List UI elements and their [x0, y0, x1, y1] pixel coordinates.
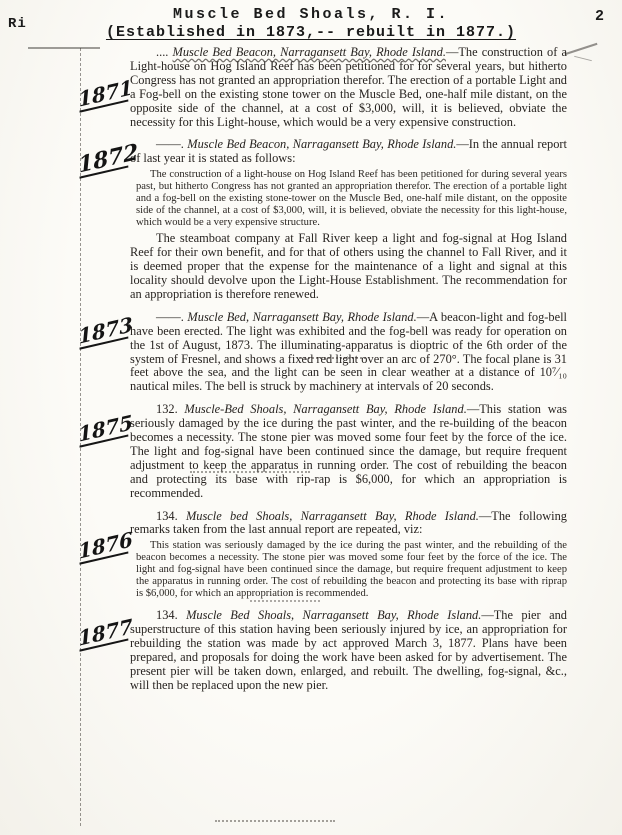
handwritten-year-1877: 1877 [78, 618, 129, 652]
entry-paragraph: .... Muscle Bed Beacon, Narragansett Bay… [130, 46, 567, 129]
scan-artifact [215, 820, 335, 822]
text-column: 1871 .... Muscle Bed Beacon, Narraganset… [130, 46, 567, 702]
entry-number: 134. [156, 608, 178, 622]
entry-1875: 1875 132. Muscle-Bed Shoals, Narraganset… [130, 403, 567, 500]
entry-quote: The construction of a light-house on Hog… [136, 169, 567, 229]
entry-paragraph: 132. Muscle-Bed Shoals, Narragansett Bay… [130, 403, 567, 500]
page-subtitle: (Established in 1873,-- rebuilt in 1877.… [0, 24, 622, 41]
scanned-document-page: Ri 2 Muscle Bed Shoals, R. I. (Establish… [0, 0, 622, 835]
entry-title: Muscle Bed, Narragansett Bay, Rhode Isla… [187, 310, 416, 324]
entry-number: 132. [156, 402, 178, 416]
entry-title: Muscle Bed Shoals, Narragansett Bay, Rho… [186, 608, 481, 622]
entry-prefix: .... [156, 45, 168, 59]
scan-artifact [574, 56, 592, 61]
scan-artifact [565, 43, 598, 55]
entry-1873: 1873 ——. Muscle Bed, Narragansett Bay, R… [130, 311, 567, 394]
handwritten-year-1873: 1873 [78, 315, 129, 349]
page-header: Muscle Bed Shoals, R. I. (Established in… [0, 6, 622, 41]
entry-paragraph: ——. Muscle Bed, Narragansett Bay, Rhode … [130, 311, 567, 394]
entry-paragraph: 134. Muscle bed Shoals, Narragansett Bay… [130, 510, 567, 538]
handwritten-year-1876: 1876 [78, 530, 129, 564]
entry-prefix: ——. [156, 310, 184, 324]
handwritten-year-1875: 1875 [78, 414, 129, 448]
entry-paragraph: ——. Muscle Bed Beacon, Narragansett Bay,… [130, 138, 567, 166]
entry-title: Muscle-Bed Shoals, Narragansett Bay, Rho… [184, 402, 466, 416]
entry-1877: 1877 134. Muscle Bed Shoals, Narraganset… [130, 609, 567, 692]
entry-1876: 1876 134. Muscle bed Shoals, Narraganset… [130, 510, 567, 601]
entry-body: —This station was seriously damaged by t… [130, 402, 567, 499]
page-title: Muscle Bed Shoals, R. I. [0, 6, 622, 23]
entry-title: Muscle Bed Beacon, Narragansett Bay, Rho… [173, 45, 446, 59]
entry-1871: 1871 .... Muscle Bed Beacon, Narraganset… [130, 46, 567, 129]
entry-title: Muscle bed Shoals, Narragansett Bay, Rho… [186, 509, 479, 523]
entry-quote: This station was seriously damaged by th… [136, 540, 567, 600]
handwritten-year-1872: 1872 [78, 145, 129, 179]
handwritten-year-1871: 1871 [78, 78, 129, 112]
entry-title: Muscle Bed Beacon, Narragansett Bay, Rho… [187, 137, 456, 151]
entry-prefix: ——. [156, 137, 184, 151]
entry-paragraph-2: The steamboat company at Fall River keep… [130, 232, 567, 302]
scan-artifact [28, 47, 100, 49]
entry-1872: 1872 ——. Muscle Bed Beacon, Narragansett… [130, 138, 567, 301]
entry-paragraph: 134. Muscle Bed Shoals, Narragansett Bay… [130, 609, 567, 692]
entry-number: 134. [156, 509, 178, 523]
